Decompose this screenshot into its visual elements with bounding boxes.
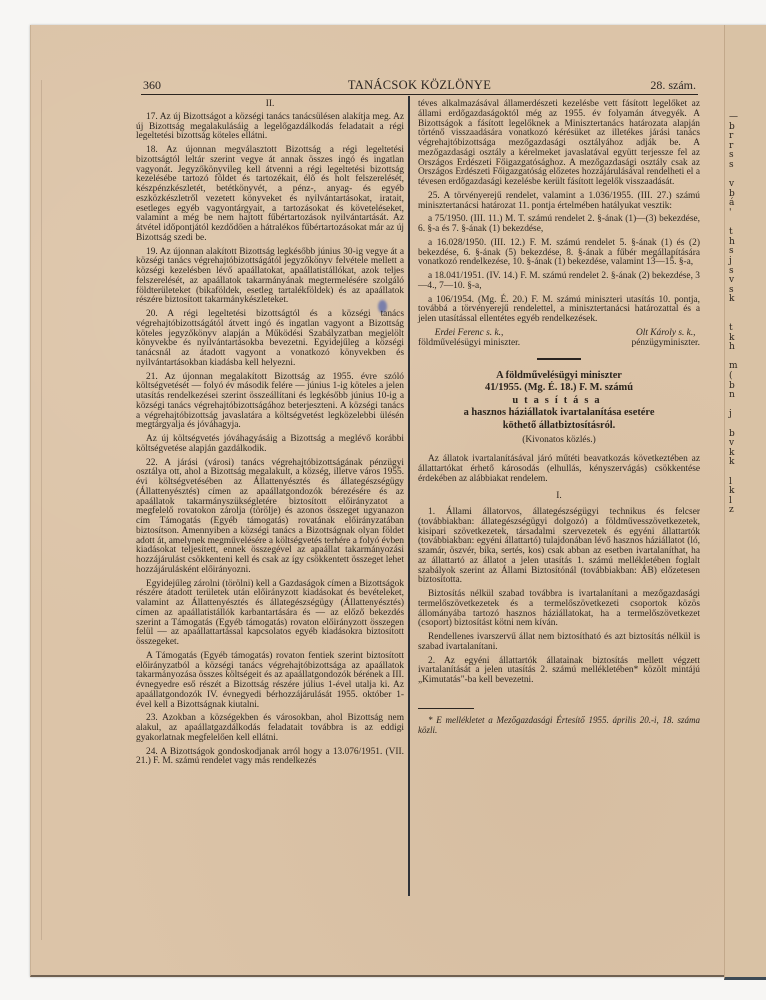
- paragraph: A Támogatás (Egyéb támogatás) rovaton fe…: [136, 652, 404, 711]
- paragraph: 24. A Bizottságok gondoskodjanak arról h…: [136, 748, 404, 768]
- footnote: * E mellékletet a Mezőgazdasági Értesítő…: [418, 715, 700, 735]
- adjacent-page-edge: — b r r s s v b á ' t h s j s v s k t k …: [724, 25, 766, 980]
- paragraph: 22. A járási (városi) tanács végrehajtób…: [136, 459, 404, 576]
- page-fold-line: [41, 80, 42, 940]
- paragraph: 23. Azokban a községekben és városokban,…: [136, 714, 404, 743]
- signatory-role: pénzügyminiszter.: [632, 339, 700, 349]
- column-divider: [408, 96, 410, 896]
- document-subtitle: (Kivonatos közlés.): [418, 436, 700, 446]
- list-item: a 75/1950. (III. 11.) M. T. számú rendel…: [418, 215, 700, 235]
- paragraph: 20. A régi legeltetési bizottságtól és a…: [136, 310, 404, 369]
- paragraph: téves alkalmazásával államerdészeti keze…: [418, 100, 700, 188]
- paragraph: 2. Az egyéni állattartók állatainak bizt…: [418, 657, 700, 686]
- paragraph: 17. Az új Bizottságot a községi tanács t…: [136, 113, 404, 142]
- paragraph: Biztosítás nélkül szabad továbbra is iva…: [418, 590, 700, 629]
- signature-olt: Olt Károly s. k., pénzügyminiszter.: [632, 329, 700, 349]
- document-title-line: A földművelésügyi miniszter: [418, 370, 700, 383]
- paragraph: 21. Az újonnan megalakított Bizottság az…: [136, 373, 404, 432]
- document-title-line: utasítása: [418, 395, 700, 408]
- section-separator: [537, 358, 581, 360]
- list-item: a 18.041/1951. (IV. 14.) F. M. számú ren…: [418, 272, 700, 292]
- publication-title: TANÁCSOK KÖZLÖNYE: [141, 78, 698, 93]
- footnote-separator: [418, 708, 474, 709]
- right-column: téves alkalmazásával államerdészeti keze…: [418, 100, 700, 739]
- document-title-line: 41/1955. (Mg. É. 18.) F. M. számú: [418, 382, 700, 395]
- signatory-role: földművelésügyi miniszter.: [418, 339, 520, 349]
- document-title-line: a hasznos háziállatok ivartalanítása ese…: [418, 407, 700, 420]
- section-heading: II.: [136, 100, 404, 110]
- document-title-line: köthető állatbiztosításról.: [418, 420, 700, 433]
- list-item: a 106/1954. (Mg. É. 20.) F. M. számú min…: [418, 296, 700, 325]
- paragraph: 18. Az újonnan megválasztott Bizottság a…: [136, 146, 404, 244]
- document-title: A földművelésügyi miniszter 41/1955. (Mg…: [418, 370, 700, 433]
- paragraph: Az új költségvetés jóváhagyásáig a Bizot…: [136, 435, 404, 455]
- left-column: II. 17. Az új Bizottságot a községi taná…: [136, 100, 404, 771]
- section-heading: I.: [418, 492, 700, 502]
- signatures: Erdei Ferenc s. k., földművelésügyi mini…: [418, 329, 700, 349]
- paragraph: 25. A törvényerejű rendelet, valamint a …: [418, 192, 700, 212]
- signature-erdei: Erdei Ferenc s. k., földművelésügyi mini…: [418, 329, 520, 349]
- paragraph: 1. Állami állatorvos, állategészségügyi …: [418, 508, 700, 586]
- intro-paragraph: Az állatok ivartalanításával járó műtéti…: [418, 455, 700, 484]
- list-item: a 16.028/1950. (III. 12.) F. M. számú re…: [418, 239, 700, 268]
- issue-number: 28. szám.: [650, 78, 696, 93]
- page-header: 360 TANÁCSOK KÖZLÖNYE 28. szám.: [141, 78, 698, 95]
- paragraph: Egyidejűleg zárolni (törölni) kell a Gaz…: [136, 580, 404, 648]
- adjacent-page-text-top: — b r r s s v b á ' t h s j s v s k t k …: [729, 113, 738, 516]
- paragraph: Rendellenes ivarszervű állat nem biztosí…: [418, 633, 700, 653]
- paragraph: 19. Az újonnan alakított Bizottság legké…: [136, 248, 404, 307]
